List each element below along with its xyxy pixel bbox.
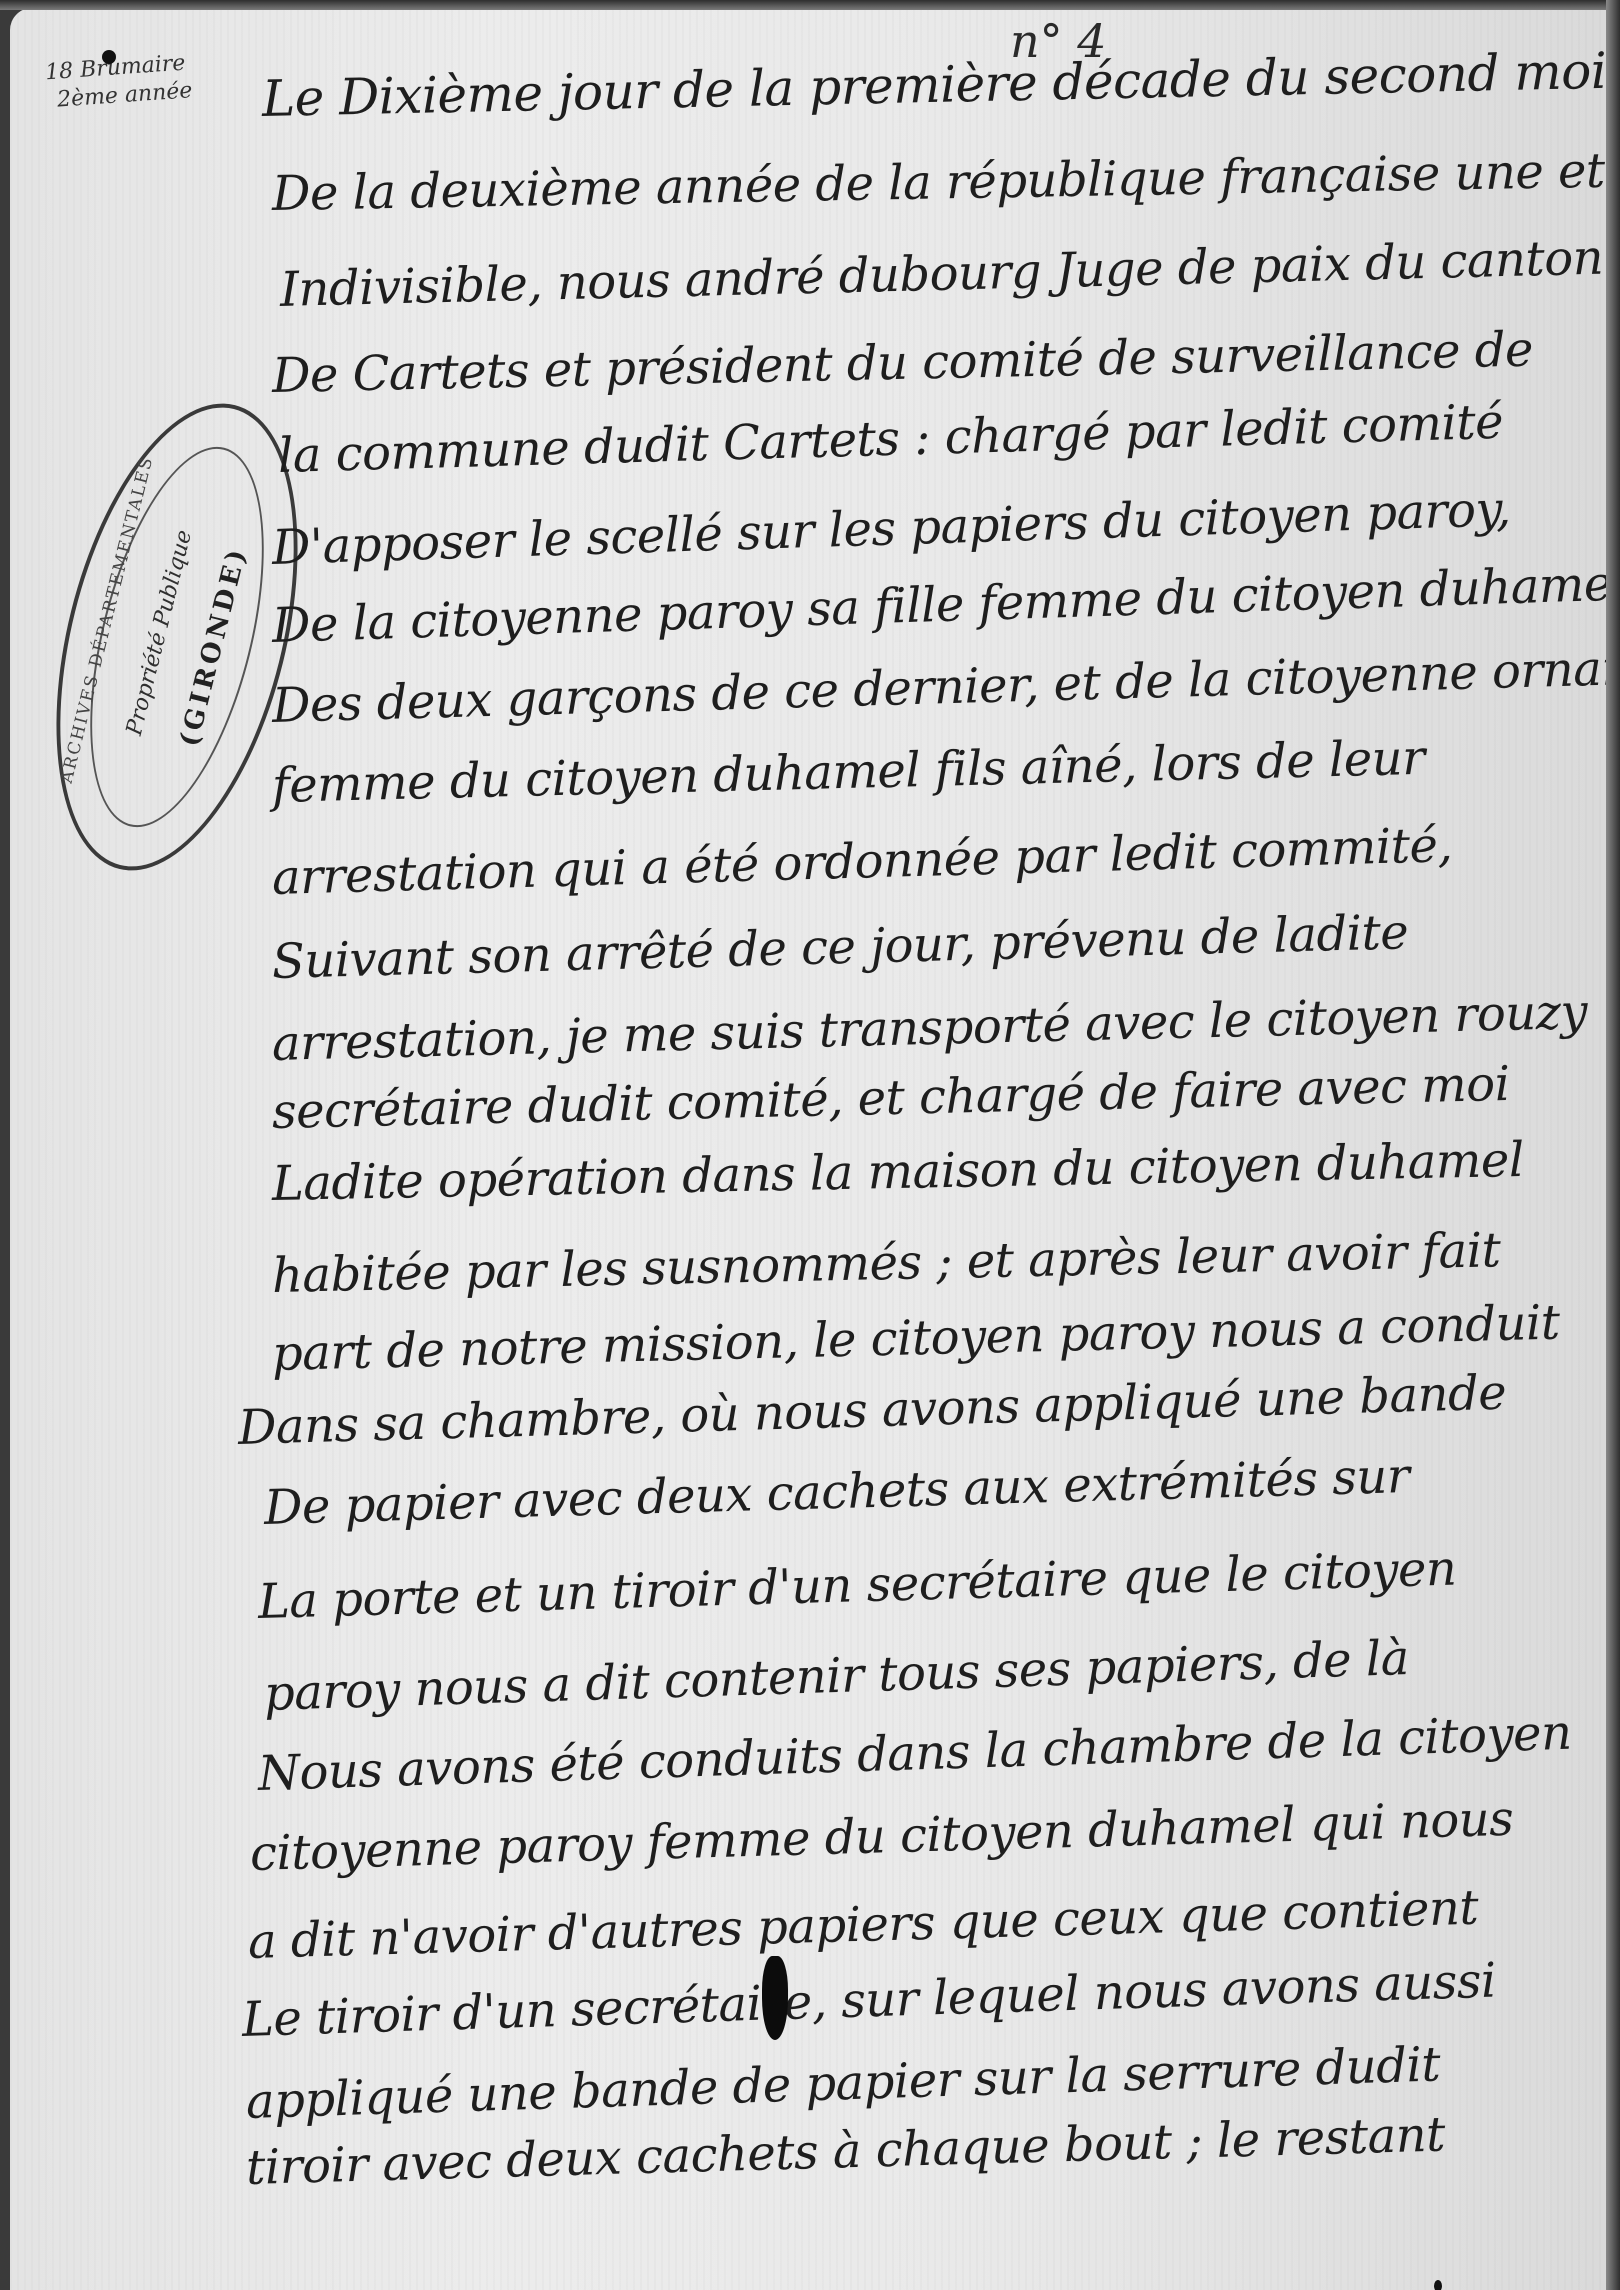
- text-line-17: Dans sa chambre, où nous avons appliqué …: [237, 1365, 1507, 1456]
- text-line-23: a dit n'avoir d'autres papiers que ceux …: [247, 1880, 1479, 1970]
- text-line-7: De la citoyenne paroy sa fille femme du …: [271, 555, 1608, 654]
- text-line-10: arrestation qui a été ordonnée par ledit…: [271, 817, 1453, 906]
- text-line-22: citoyenne paroy femme du citoyen duhamel…: [249, 1791, 1514, 1882]
- text-line-6: D'apposer le scellé sur les papiers du c…: [271, 481, 1511, 576]
- ink-mark: [1434, 2280, 1442, 2290]
- text-line-18: De papier avec deux cachets aux extrémit…: [263, 1448, 1410, 1536]
- text-line-13: secrétaire dudit comité, et chargé de fa…: [271, 1056, 1510, 1140]
- text-line-15: habitée par les susnommés ; et après leu…: [271, 1222, 1500, 1304]
- text-line-9: femme du citoyen duhamel fils aîné, lors…: [271, 730, 1425, 814]
- scan-top-edge: [0, 0, 1620, 10]
- text-line-19: La porte et un tiroir d'un secrétaire qu…: [257, 1541, 1457, 1630]
- text-line-5: la commune dudit Cartets : chargé par le…: [277, 394, 1504, 484]
- text-line-14: Ladite opération dans la maison du citoy…: [271, 1132, 1524, 1212]
- text-line-24: Le tiroir d'un secrétaire, sur lequel no…: [241, 1953, 1496, 2048]
- manuscript-page: n° 4 18 Brumaire 2ème année ARCHIVES DÉP…: [10, 8, 1608, 2290]
- text-line-4: De Cartets et président du comité de sur…: [271, 322, 1533, 404]
- text-line-3: Indivisible, nous andré dubourg Juge de …: [279, 230, 1603, 318]
- ink-blot: [762, 1956, 788, 2040]
- text-line-20: paroy nous a dit contenir tous ses papie…: [263, 1630, 1409, 1722]
- text-line-1: Le Dixième jour de la première décade du…: [261, 41, 1608, 128]
- scan-right-edge: [1606, 0, 1620, 2290]
- ink-spot: [102, 50, 116, 64]
- margin-date-note: 18 Brumaire 2ème année: [44, 45, 257, 116]
- text-line-21: Nous avons été conduits dans la chambre …: [257, 1705, 1572, 1802]
- text-line-2: De la deuxième année de la république fr…: [272, 143, 1606, 222]
- text-line-8: Des deux garçons de ce dernier, et de la…: [271, 639, 1608, 734]
- text-line-11: Suivant son arrêté de ce jour, prévenu d…: [271, 904, 1409, 990]
